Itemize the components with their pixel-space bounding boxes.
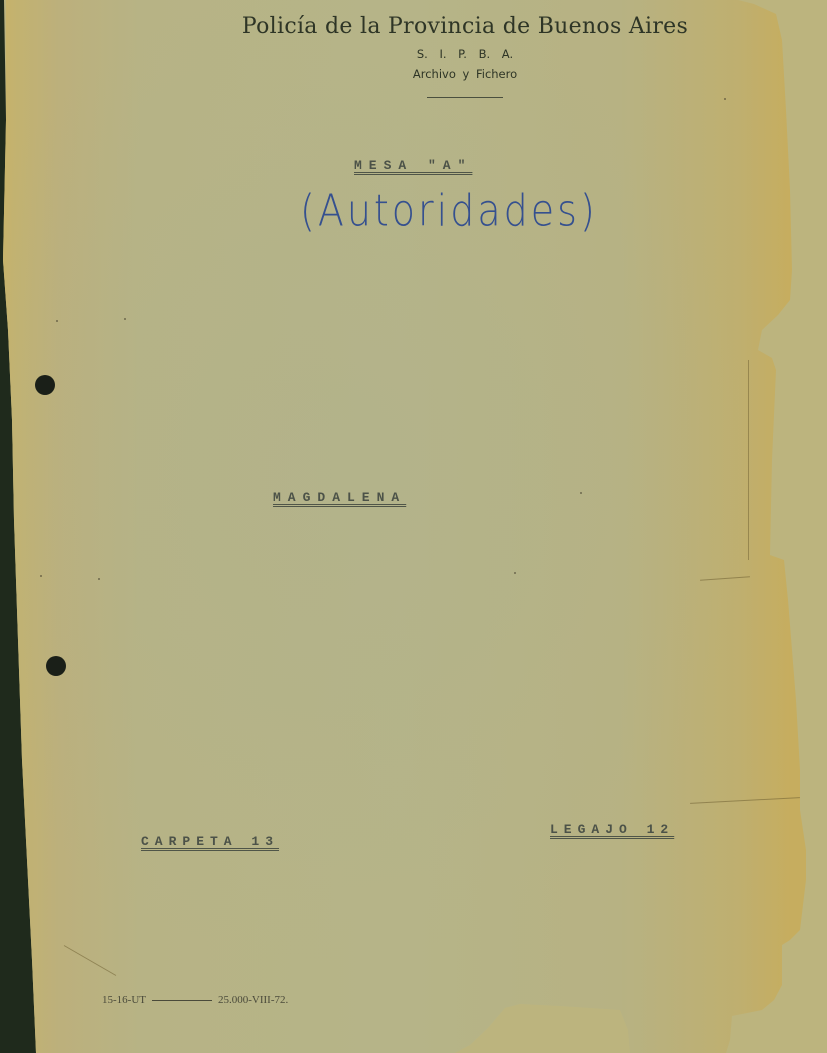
- paper-speck: [56, 320, 58, 322]
- paper-crease: [748, 360, 750, 560]
- paper-speck: [580, 492, 582, 494]
- letterhead-rule: [427, 97, 503, 98]
- letterhead: Policía de la Provincia de Buenos Aires …: [215, 14, 715, 98]
- paper-speck: [98, 578, 100, 580]
- locality-label: MAGDALENA: [273, 490, 406, 505]
- paper-speck: [724, 98, 726, 100]
- paper-speck: [40, 575, 42, 577]
- handwritten-note: (Autoridades): [300, 185, 598, 236]
- punch-hole: [46, 656, 66, 676]
- legajo-label: LEGAJO 12: [550, 822, 674, 837]
- paper-speck: [124, 318, 126, 320]
- print-run: 25.000-VIII-72.: [218, 994, 288, 1006]
- mesa-label: MESA "A": [354, 158, 472, 173]
- print-code: 15-16-UT: [102, 994, 146, 1006]
- punch-hole: [35, 375, 55, 395]
- paper-speck: [514, 572, 516, 574]
- print-footer: 15-16-UT25.000-VIII-72.: [102, 994, 288, 1006]
- letterhead-acronym: S. I. P. B. A.: [215, 47, 715, 61]
- letterhead-title: Policía de la Provincia de Buenos Aires: [215, 14, 715, 39]
- letterhead-department: Archivo y Fichero: [215, 67, 715, 81]
- carpeta-label: CARPETA 13: [141, 834, 279, 849]
- footer-dash: [152, 1000, 212, 1001]
